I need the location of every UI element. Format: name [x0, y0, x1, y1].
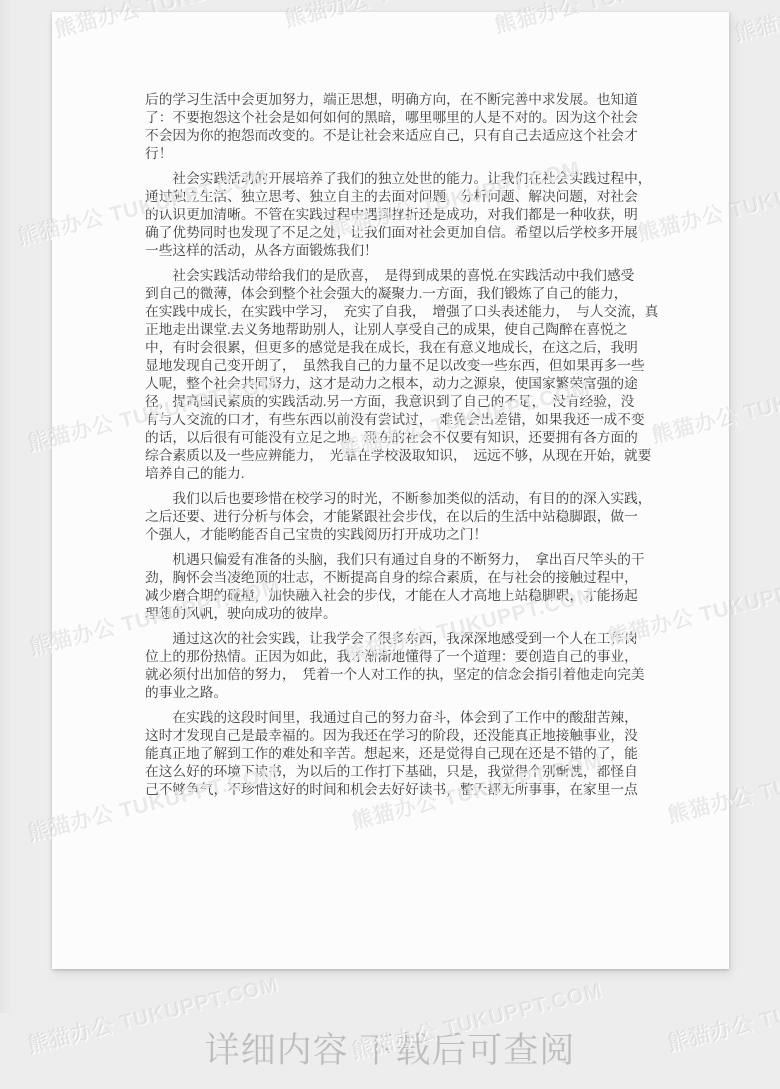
text-line: 一些这样的活动，从各方面锻炼我们！ [145, 242, 637, 260]
document-page: 后的学习生活中会更加努力，端正思想，明确方向，在不断完善中求发展。也知道了：不要… [52, 12, 729, 969]
text-line: 中，有时会很累，但更多的感觉是我在成长，我在有意义地成长，在这之后，我明 [145, 339, 637, 357]
text-line: 位上的那份热情。正因为如此，我才渐渐地懂得了一个道理：要创造自己的事业， [145, 648, 637, 666]
text-line: 个强人，才能哟能否自己宝贵的实践阅历打开成功之门！ [145, 526, 637, 544]
watermark-text: 熊猫办公 TUKUPPT.COM [731, 0, 780, 48]
text-line: 径，提高国民素质的实践活动.另一方面，我意识到了自己的不足， 没有经验，没 [145, 393, 637, 411]
text-line: 显地发现自己变开朗了， 虽然我自己的力量不足以改变一些东西，但如果再多一些 [145, 357, 637, 375]
footer-note: 详细内容 下载后可查阅 [205, 1023, 576, 1073]
text-line: 劲，胸怀会当凌绝顶的壮志，不断提高自身的综合素质，在与社会的接触过程中， [145, 569, 637, 587]
paragraph: 社会实践活动带给我们的是欣喜， 是得到成果的喜悦.在实践活动中我们感受到自己的微… [145, 267, 637, 483]
text-line: 到自己的微薄，体会到整个社会强大的凝聚力.一方面，我们锻炼了自己的能力， [145, 285, 637, 303]
text-line: 己不够争气，不珍惜这好的时间和机会去好好读书，整天都无所事事，在家里一点 [145, 781, 637, 799]
text-line: 之后还要、进行分析与体会，才能紧跟社会步伐，在以后的生活中站稳脚跟，做一 [145, 508, 637, 526]
text-line: 了：不要抱怨这个社会是如何如何的黑暗，哪里哪里的人是不对的。因为这个社会 [145, 109, 637, 127]
text-line: 社会实践活动带给我们的是欣喜， 是得到成果的喜悦.在实践活动中我们感受 [145, 267, 637, 285]
text-line: 通过这次的社会实践，让我学会了很多东西，我深深地感受到一个人在工作岗 [145, 630, 637, 648]
paragraph: 机遇只偏爱有准备的头脑，我们只有通过自身的不断努力， 拿出百尺竿头的干劲，胸怀会… [145, 551, 637, 623]
paragraph: 通过这次的社会实践，让我学会了很多东西，我深深地感受到一个人在工作岗位上的那份热… [145, 630, 637, 702]
text-line: 人呢，整个社会共同努力，这才是动力之根本，动力之源泉，使国家繁荣富强的途 [145, 375, 637, 393]
text-line: 后的学习生活中会更加努力，端正思想，明确方向，在不断完善中求发展。也知道 [145, 91, 637, 109]
document-text: 后的学习生活中会更加努力，端正思想，明确方向，在不断完善中求发展。也知道了：不要… [145, 91, 637, 806]
paragraph: 我们以后也要珍惜在校学习的时光，不断参加类似的活动，有目的的深入实践，之后还要、… [145, 490, 637, 544]
text-line: 减少磨合期的碰撞，加快融入社会的步伐，才能在人才高地上站稳脚跟，才能扬起 [145, 587, 637, 605]
footer-bar: 详细内容 下载后可查阅 [0, 1013, 780, 1089]
text-line: 的话，以后很有可能没有立足之地，现在的社会不仅要有知识，还要拥有各方面的 [145, 429, 637, 447]
text-line: 正地走出课堂.去义务地帮助别人，让别人享受自己的成果，使自己陶醉在喜悦之 [145, 321, 637, 339]
text-line: 在这么好的环境下读书，为以后的工作打下基础，只是，我觉得个别惭愧，都怪自 [145, 763, 637, 781]
text-line: 就必须付出加倍的努力， 凭着一个人对工作的执，坚定的信念会指引着他走向完美 [145, 666, 637, 684]
text-line: 不会因为你的抱怨而改变的。不是让社会来适应自己，只有自己去适应这个社会才 [145, 127, 637, 145]
text-line: 通过独立生活、独立思考、独立自主的去面对问题，分析问题、解决问题，对社会 [145, 188, 637, 206]
text-line: 的认识更加清晰。不管在实践过程中遇到挫折还是成功，对我们都是一种收获，明 [145, 206, 637, 224]
preview-stage: 后的学习生活中会更加努力，端正思想，明确方向，在不断完善中求发展。也知道了：不要… [0, 0, 780, 1089]
text-line: 机遇只偏爱有准备的头脑，我们只有通过自身的不断努力， 拿出百尺竿头的干 [145, 551, 637, 569]
text-line: 能真正地了解到工作的难处和辛苦。想起来，还是觉得自己现在还是不错的了，能 [145, 745, 637, 763]
text-line: 有与人交流的口才，有些东西以前没有尝试过， 难免会出差错，如果我还一成不变 [145, 411, 637, 429]
paragraph: 社会实践活动的开展培养了我们的独立处世的能力。让我们在社会实践过程中，通过独立生… [145, 170, 637, 260]
text-line: 确了优势同时也发现了不足之处，让我们面对社会更加自信。希望以后学校多开展 [145, 224, 637, 242]
text-line: 的事业之路。 [145, 684, 637, 702]
text-line: 培养自己的能力. [145, 465, 637, 483]
text-line: 社会实践活动的开展培养了我们的独立处世的能力。让我们在社会实践过程中， [145, 170, 637, 188]
text-line: 行！ [145, 145, 637, 163]
text-line: 综合素质以及一些应辨能力， 光靠在学校汲取知识， 远远不够，从现在开始，就要 [145, 447, 637, 465]
text-line: 在实践中成长，在实践中学习， 充实了自我， 增强了口头表述能力， 与人交流，真 [145, 303, 637, 321]
paragraph: 后的学习生活中会更加努力，端正思想，明确方向，在不断完善中求发展。也知道了：不要… [145, 91, 637, 163]
text-line: 我们以后也要珍惜在校学习的时光，不断参加类似的活动，有目的的深入实践， [145, 490, 637, 508]
text-line: 这时才发现自己是最幸福的。因为我还在学习的阶段，还没能真正地接触事业，没 [145, 727, 637, 745]
text-line: 在实践的这段时间里，我通过自己的努力奋斗，体会到了工作中的酸甜苦辣， [145, 709, 637, 727]
paragraph: 在实践的这段时间里，我通过自己的努力奋斗，体会到了工作中的酸甜苦辣，这时才发现自… [145, 709, 637, 799]
text-line: 理想的风帆，驶向成功的彼岸。 [145, 605, 637, 623]
